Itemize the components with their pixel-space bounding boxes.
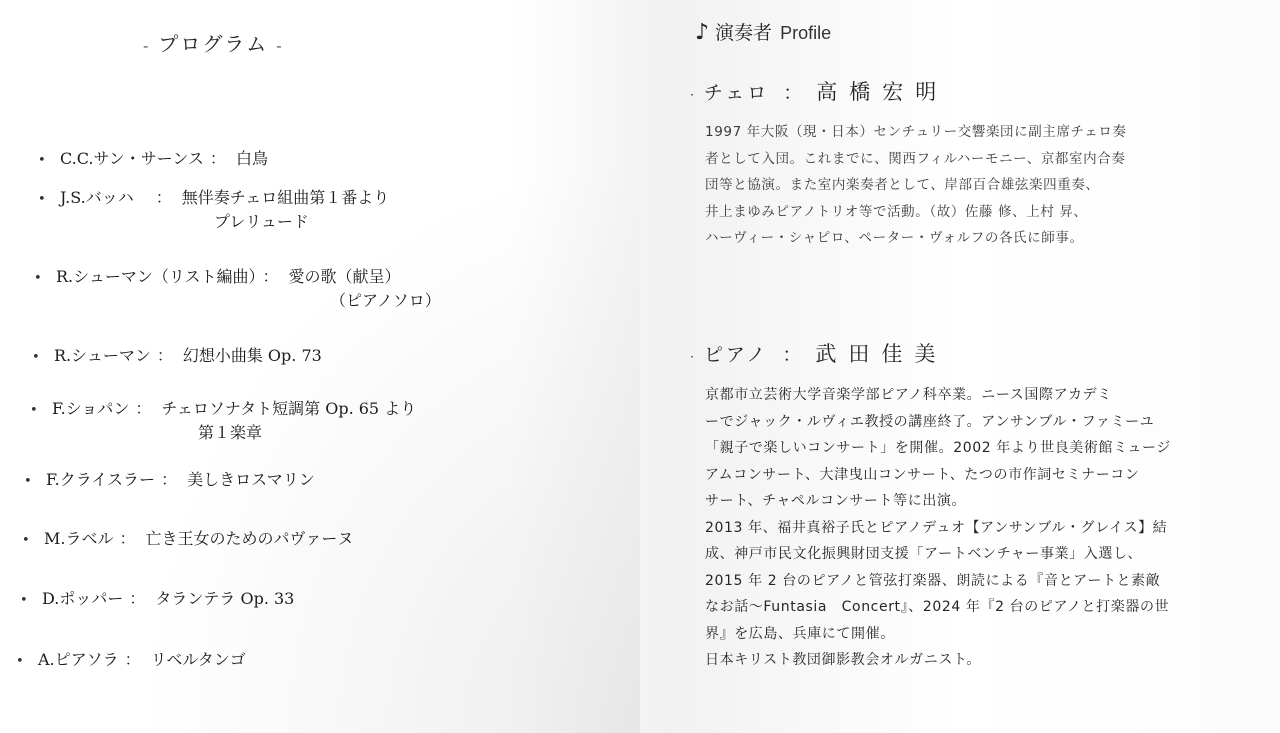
program-item: •A.ピアソラ：リベルタンゴ bbox=[16, 647, 246, 670]
performer-bio-piano: 京都市立芸術大学音楽学部ピアノ科卒業。ニース国際アカデミ ーでジャック・ルヴィエ… bbox=[705, 382, 1245, 674]
bullet-icon: • bbox=[20, 593, 42, 608]
performer-heading-piano: ·ピアノ：武田佳美 bbox=[690, 338, 947, 368]
program-item: •F.クライスラー：美しきロスマリン bbox=[24, 467, 315, 490]
profile-page: ♪演奏者Profile ·チェロ：高橋宏明 1997 年大阪（現・日本）センチュ… bbox=[660, 0, 1280, 733]
bullet-icon: • bbox=[22, 533, 44, 548]
program-item: •F.ショパン：チェロソナタト短調第 Op. 65 より 第１楽章 bbox=[30, 396, 416, 419]
bullet-icon: • bbox=[16, 654, 38, 669]
performer-name: 武田佳美 bbox=[815, 342, 947, 366]
performer-name: 高橋宏明 bbox=[816, 80, 948, 104]
bullet-icon: • bbox=[24, 474, 46, 489]
program-item: •J.S.バッハ ：無伴奏チェロ組曲第１番より プレリュード bbox=[38, 185, 389, 208]
program-item: •D.ポッパー：タランテラ Op. 33 bbox=[20, 586, 294, 609]
profile-title: ♪演奏者Profile bbox=[695, 18, 831, 45]
bullet-icon: • bbox=[38, 192, 60, 207]
program-item: •R.シューマン：幻想小曲集 Op. 73 bbox=[32, 343, 322, 366]
program-item: •M.ラベル：亡き王女のためのパヴァーヌ bbox=[22, 526, 353, 549]
bullet-icon: • bbox=[34, 271, 56, 286]
bullet-icon: • bbox=[32, 350, 54, 365]
performer-bio-cello: 1997 年大阪（現・日本）センチュリー交響楽団に副主席チェロ奏 者として入団。… bbox=[705, 119, 1225, 252]
program-item: •C.C.サン・サーンス：白鳥 bbox=[38, 146, 268, 169]
music-note-icon: ♪ bbox=[695, 20, 709, 45]
bullet-icon: • bbox=[30, 403, 52, 418]
program-page: -プログラム- •C.C.サン・サーンス：白鳥 •J.S.バッハ ：無伴奏チェロ… bbox=[0, 0, 640, 733]
performer-heading-cello: ·チェロ：高橋宏明 bbox=[690, 76, 948, 106]
program-item: •R.シューマン（リスト編曲）：愛の歌（献呈） （ピアノソロ） bbox=[34, 264, 401, 287]
program-title: -プログラム- bbox=[135, 28, 292, 57]
bullet-icon: • bbox=[38, 153, 60, 168]
